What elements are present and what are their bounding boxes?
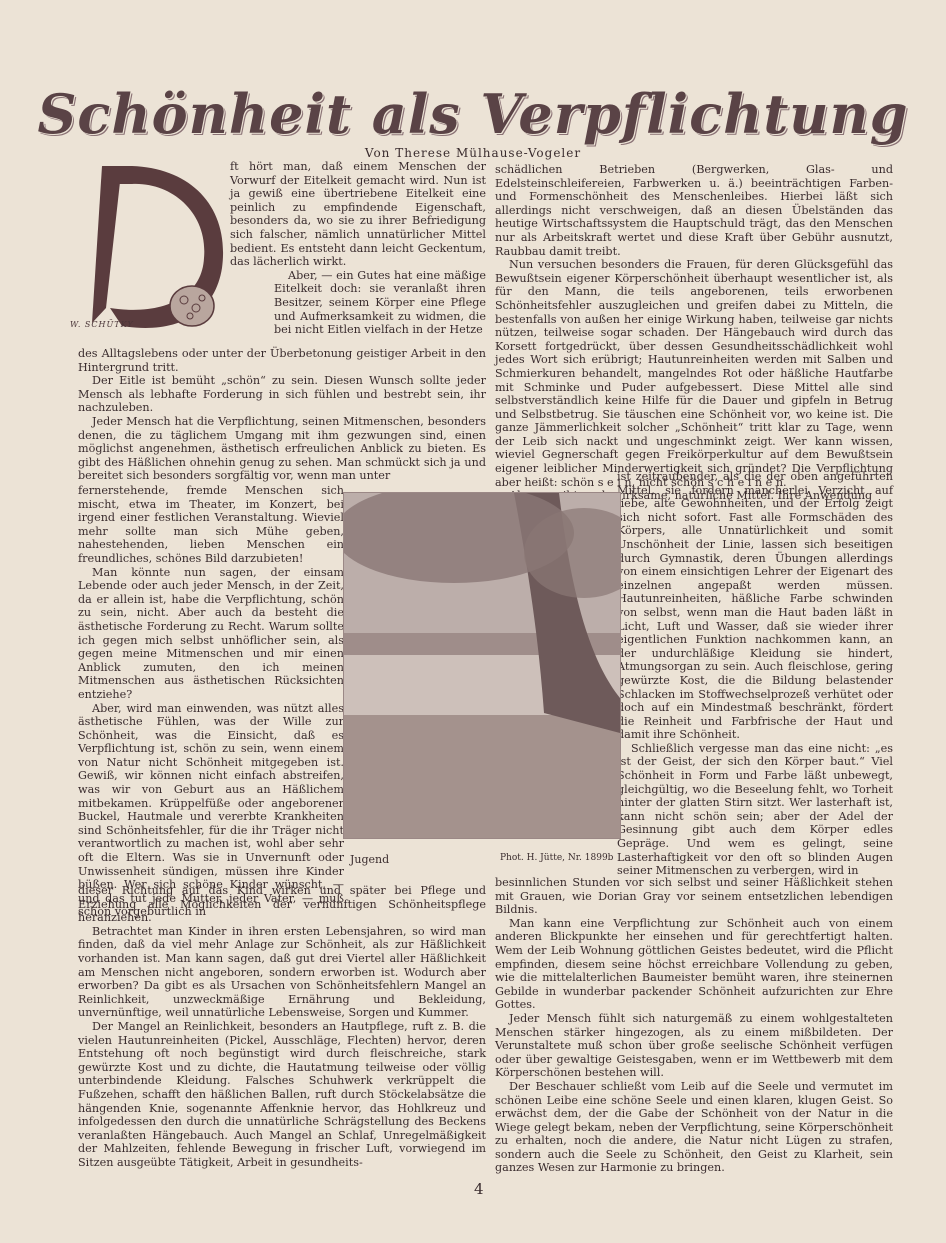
page-number: 4 bbox=[474, 1180, 484, 1198]
paragraph: Nun versuchen besonders die Frauen, für … bbox=[495, 258, 893, 489]
paragraph: Jeder Mensch hat die Verpflichtung, sein… bbox=[78, 415, 486, 483]
paragraph: Man kann eine Verpflichtung zur Schönhei… bbox=[495, 917, 893, 1012]
article-title: Schönheit als Verpflichtung bbox=[0, 82, 946, 146]
paragraph: ist zeitraubender, als die der oben ange… bbox=[617, 470, 893, 742]
column-right-top: schädlichen Betrieben (Bergwerken, Glas-… bbox=[495, 163, 893, 503]
paragraph: Der Mangel an Reinlichkeit, besonders an… bbox=[78, 1020, 486, 1170]
column-left-full-1: des Alltagslebens oder unter der Überbet… bbox=[78, 347, 486, 483]
paragraph: fernerstehende, fremde Menschen sich mis… bbox=[78, 484, 344, 566]
paragraph: dieser Richtung auf das Kind wirken und … bbox=[78, 884, 486, 925]
paragraph: Aber, — ein Gutes hat eine mäßige Eitelk… bbox=[274, 269, 486, 337]
photo-caption: Jugend bbox=[350, 853, 389, 866]
initial-letter-illustration bbox=[62, 158, 232, 336]
paragraph: Der Eitle ist bemüht „schön“ zu sein. Di… bbox=[78, 374, 486, 415]
column-left-top: ft hört man, daß einem Menschen der Vorw… bbox=[230, 160, 486, 337]
paragraph: schädlichen Betrieben (Bergwerken, Glas-… bbox=[495, 163, 893, 258]
paragraph: besinnlichen Stunden vor sich selbst und… bbox=[495, 876, 893, 917]
column-right-full: besinnlichen Stunden vor sich selbst und… bbox=[495, 876, 893, 1175]
paragraph: Der Beschauer schließt vom Leib auf die … bbox=[495, 1080, 893, 1175]
paragraph: ft hört man, daß einem Menschen der Vorw… bbox=[230, 160, 486, 269]
paragraph: Betrachtet man Kinder in ihren ersten Le… bbox=[78, 925, 486, 1020]
photo-credit: Phot. H. Jütte, Nr. 1899b bbox=[500, 853, 613, 863]
paragraph: Schließlich vergesse man das eine nicht:… bbox=[617, 742, 893, 878]
column-left-narrow: fernerstehende, fremde Menschen sich mis… bbox=[78, 484, 344, 919]
column-left-full-2: dieser Richtung auf das Kind wirken und … bbox=[78, 884, 486, 1169]
landscape-photo-placeholder bbox=[344, 493, 620, 838]
illustrator-signature: W. SCHÜTKY bbox=[70, 320, 134, 329]
paragraph: Jeder Mensch fühlt sich naturgemäß zu ei… bbox=[495, 1012, 893, 1080]
paragraph: Man könnte nun sagen, der einsam Lebende… bbox=[78, 566, 344, 702]
paragraph: des Alltagslebens oder unter der Überbet… bbox=[78, 347, 486, 374]
column-right-narrow: ist zeitraubender, als die der oben ange… bbox=[617, 470, 893, 878]
article-photo bbox=[343, 492, 621, 839]
